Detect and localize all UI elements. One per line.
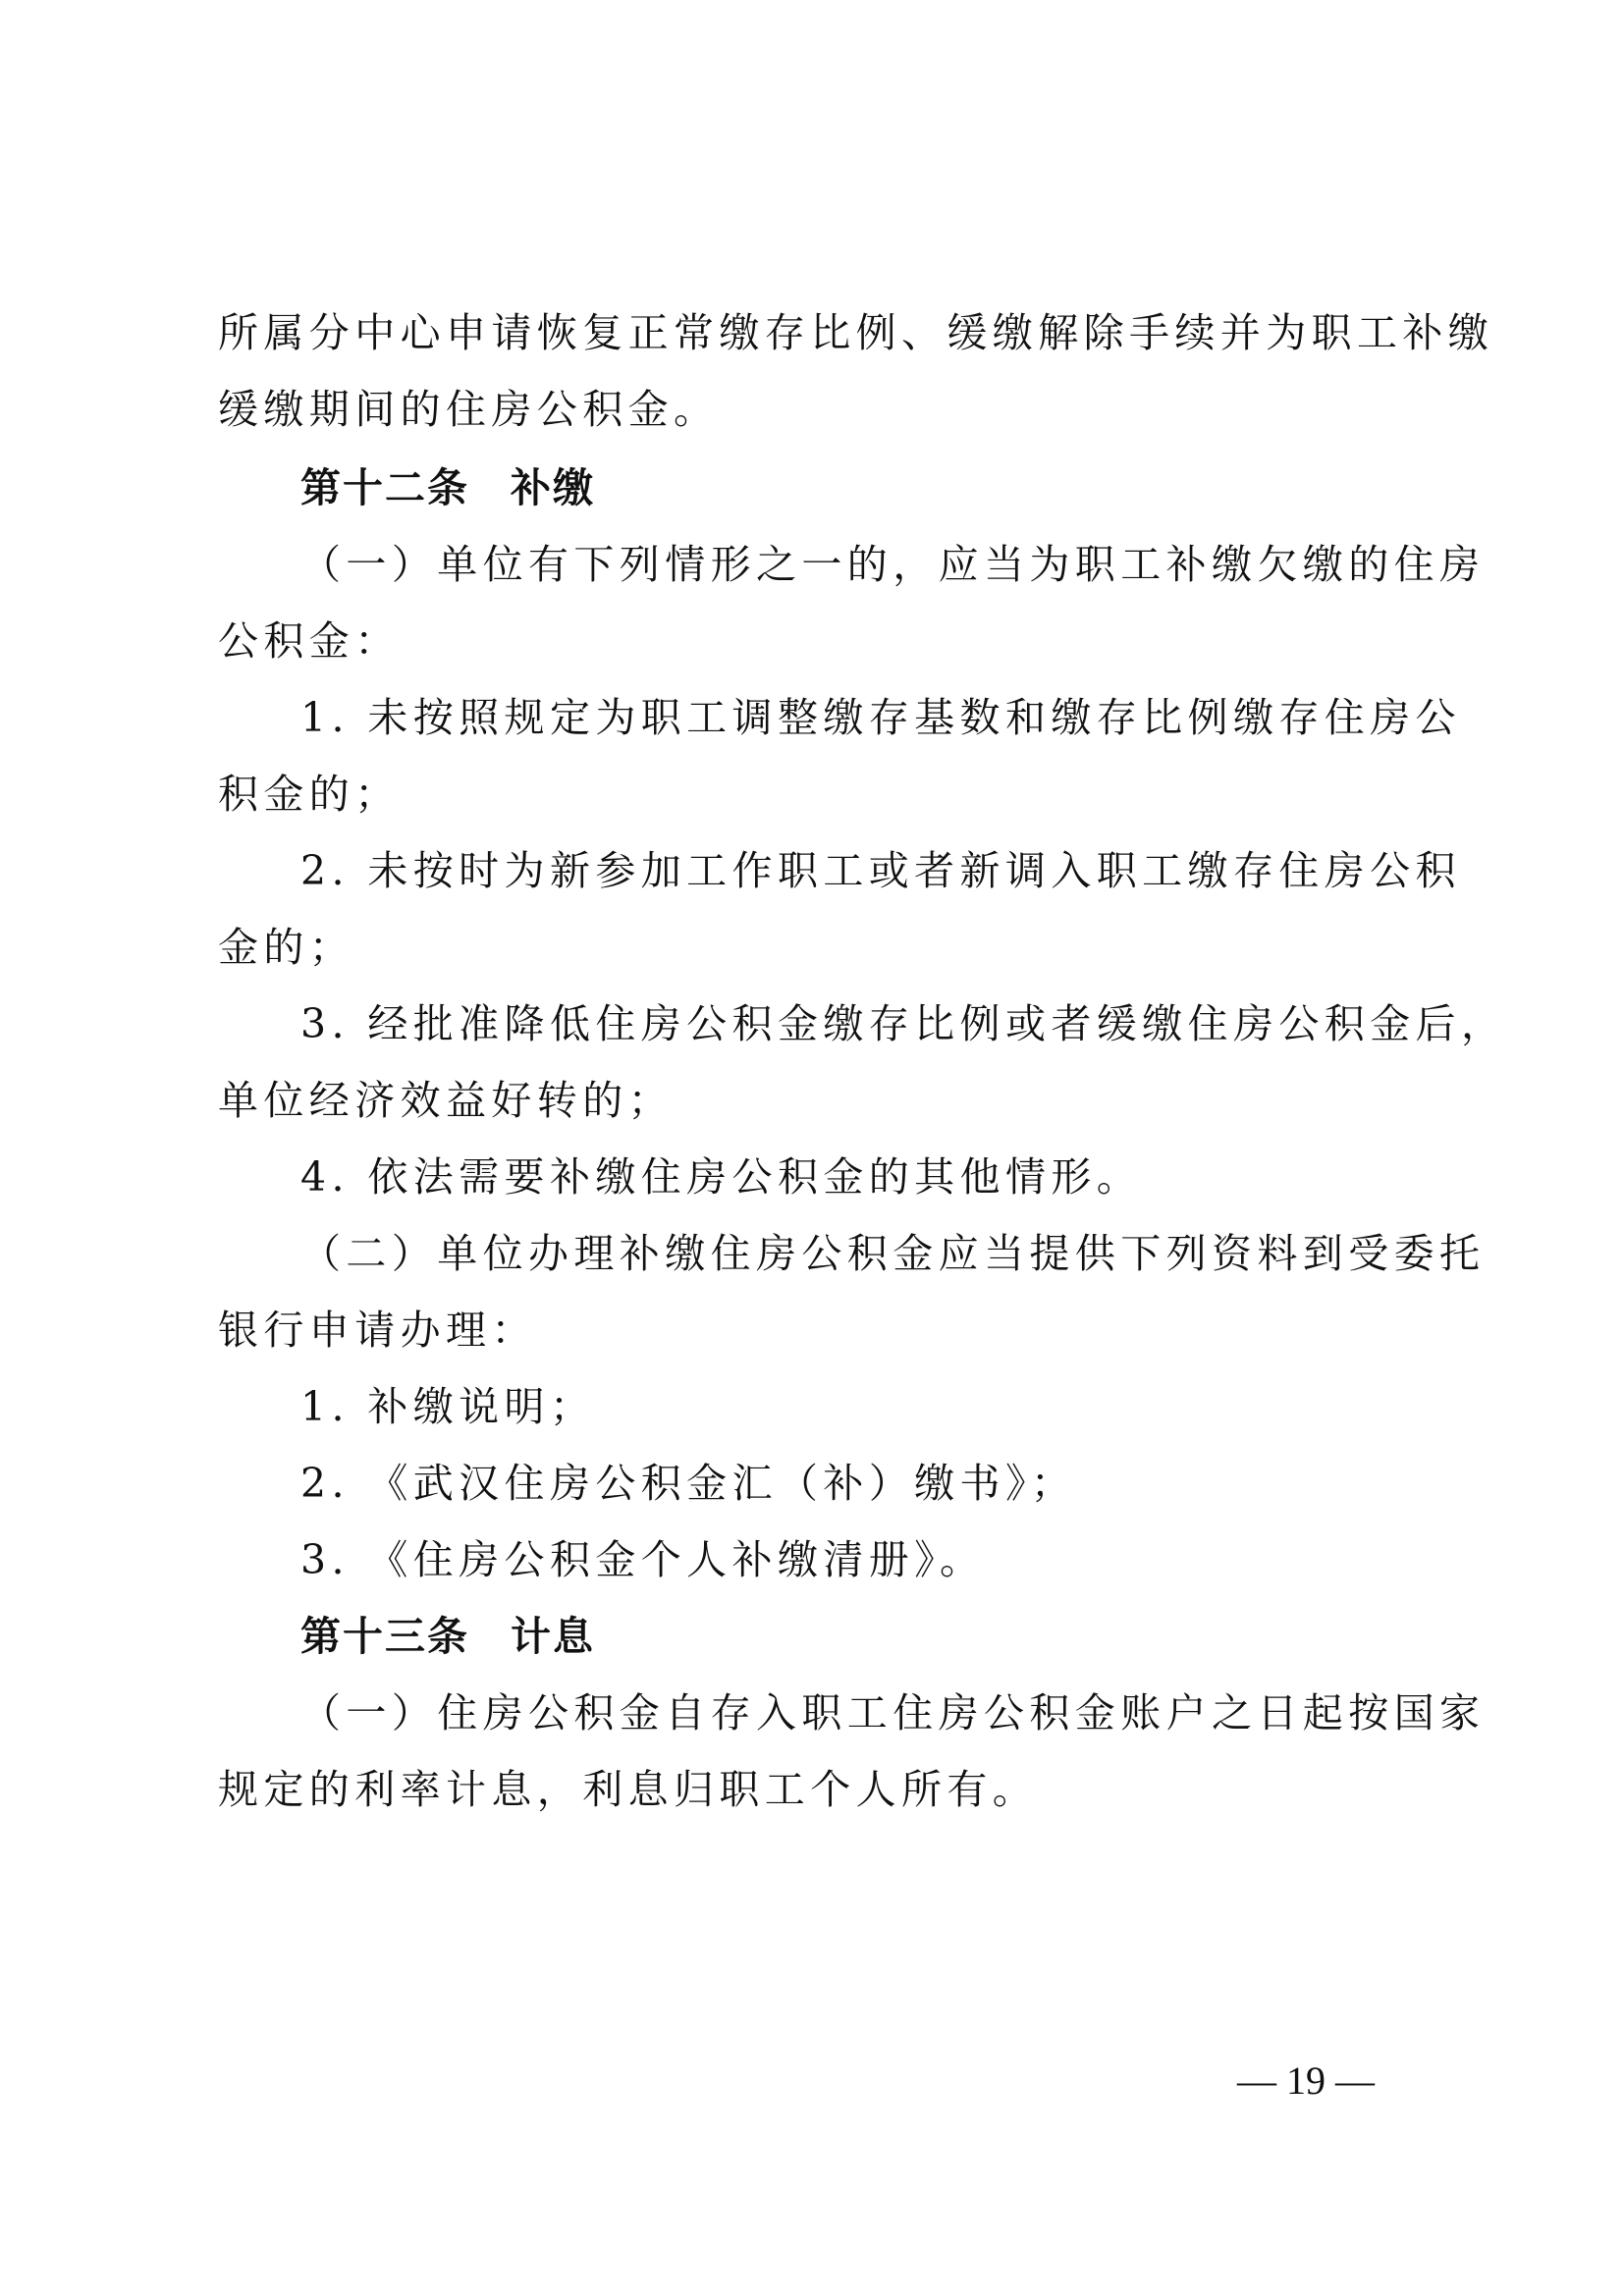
body-line: 银行申请办理： xyxy=(218,1305,537,1356)
article-number: 第十三条 xyxy=(300,1613,469,1660)
page-number: — 19 — xyxy=(1237,2056,1375,2106)
list-item-line: 2. 未按时为新参加工作职工或者新调入职工缴存住房公积 xyxy=(300,845,1461,896)
document-page: 所属分中心申请恢复正常缴存比例、缓缴解除手续并为职工补缴 缓缴期间的住房公积金。… xyxy=(0,0,1623,2296)
body-line: 公积金： xyxy=(218,615,401,667)
article-title: 补缴 xyxy=(511,464,595,511)
clause-line: （一）住房公积金自存入职工住房公积金账户之日起按国家 xyxy=(300,1687,1485,1738)
list-item-line: 4. 依法需要补缴住房公积金的其他情形。 xyxy=(300,1151,1142,1202)
list-item-line: 1. 补缴说明； xyxy=(300,1381,595,1432)
list-item-line: 2. 《武汉住房公积金汇（补）缴书》； xyxy=(300,1458,1076,1509)
body-line: 缓缴期间的住房公积金。 xyxy=(218,384,719,435)
body-line: 单位经济效益好转的； xyxy=(218,1075,674,1126)
body-line: 所属分中心申请恢复正常缴存比例、缓缴解除手续并为职工补缴 xyxy=(218,307,1493,358)
list-item-line: 3. 经批准降低住房公积金缴存比例或者缓缴住房公积金后， xyxy=(300,998,1506,1049)
article-title: 计息 xyxy=(511,1613,595,1660)
article-heading-12: 第十二条补缴 xyxy=(300,462,595,513)
list-item-line: 3. 《住房公积金个人补缴清册》。 xyxy=(300,1534,985,1585)
clause-line: （一）单位有下列情形之一的，应当为职工补缴欠缴的住房 xyxy=(300,539,1485,590)
article-heading-13: 第十三条计息 xyxy=(300,1611,595,1662)
list-item-line: 1. 未按照规定为职工调整缴存基数和缴存比例缴存住房公 xyxy=(300,692,1461,743)
clause-line: （二）单位办理补缴住房公积金应当提供下列资料到受委托 xyxy=(300,1228,1485,1279)
article-number: 第十二条 xyxy=(300,464,469,511)
body-line: 积金的； xyxy=(218,769,401,820)
body-line: 规定的利率计息，利息归职工个人所有。 xyxy=(218,1764,1038,1815)
body-line: 金的； xyxy=(218,922,354,973)
